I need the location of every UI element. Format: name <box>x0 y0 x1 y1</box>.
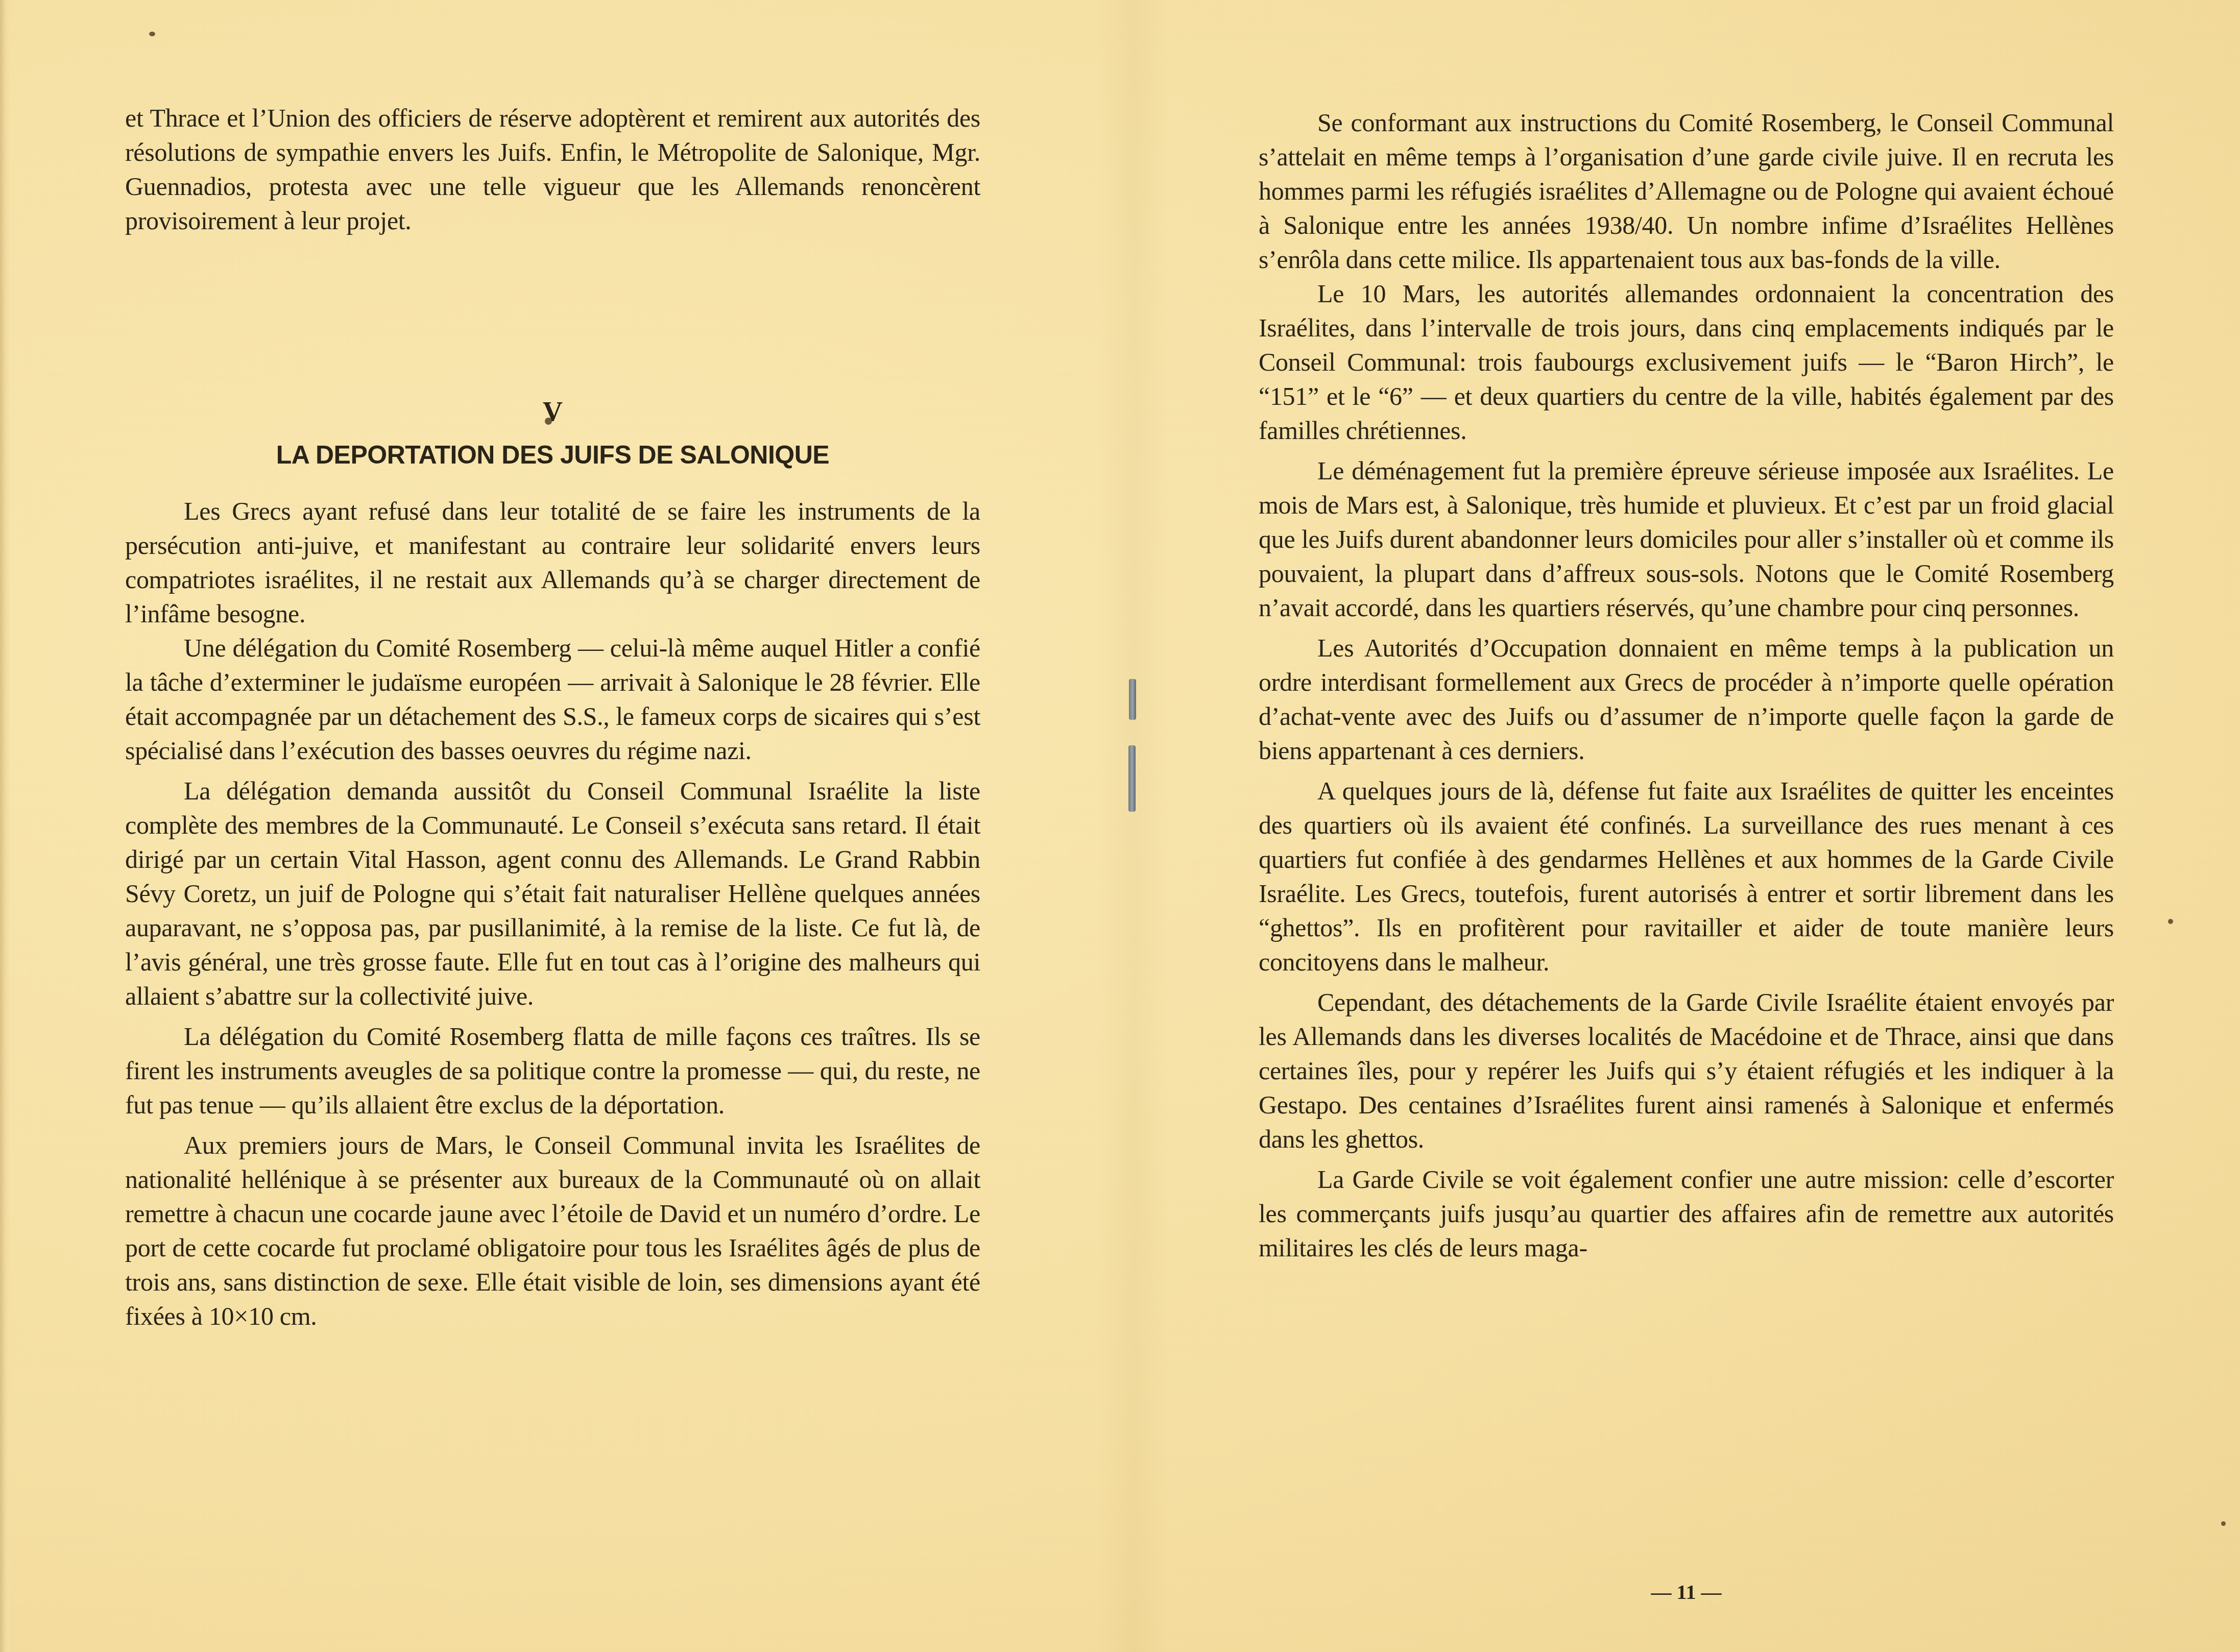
chapter-title: LA DEPORTATION DES JUIFS DE SALONIQUE <box>125 440 980 470</box>
paragraph: La Garde Civile se voit également confie… <box>1259 1162 2114 1265</box>
page-number: — 11 — <box>1259 1580 2114 1604</box>
left-body: Les Grecs ayant refusé dans leur totalit… <box>125 494 980 1333</box>
paragraph: Une délégation du Comité Rosemberg — cel… <box>125 631 980 768</box>
scanned-book-spread: et Thrace et l’Union des officiers de ré… <box>0 0 2240 1652</box>
left-continuation-block: et Thrace et l’Union des officiers de ré… <box>125 101 980 238</box>
right-body: Se conformant aux instructions du Comité… <box>1259 106 2114 1265</box>
paragraph: Se conformant aux instructions du Comité… <box>1259 106 2114 277</box>
paragraph: Cependant, des détachements de la Garde … <box>1259 985 2114 1156</box>
paragraph: Le déménagement fut la première épreuve … <box>1259 454 2114 625</box>
paragraph: Aux premiers jours de Mars, le Conseil C… <box>125 1128 980 1333</box>
right-page: Se conformant aux instructions du Comité… <box>1259 0 2114 1652</box>
staple-top <box>1129 679 1136 720</box>
paragraph: La délégation demanda aussitôt du Consei… <box>125 774 980 1013</box>
paragraph: La délégation du Comité Rosemberg flatta… <box>125 1019 980 1122</box>
ink-speck <box>2168 919 2173 924</box>
continuation-paragraph: et Thrace et l’Union des officiers de ré… <box>125 101 980 238</box>
left-page: et Thrace et l’Union des officiers de ré… <box>125 0 980 1652</box>
paragraph: Les Autorités d’Occupation donnaient en … <box>1259 631 2114 768</box>
chapter-number: V <box>125 396 980 427</box>
paragraph: Les Grecs ayant refusé dans leur totalit… <box>125 494 980 631</box>
staple-bottom <box>1128 745 1136 812</box>
paragraph: A quelques jours de là, défense fut fait… <box>1259 774 2114 979</box>
paragraph: Le 10 Mars, les autorités allemandes ord… <box>1259 277 2114 448</box>
book-gutter <box>1098 0 1169 1652</box>
ink-speck <box>2221 1521 2226 1526</box>
